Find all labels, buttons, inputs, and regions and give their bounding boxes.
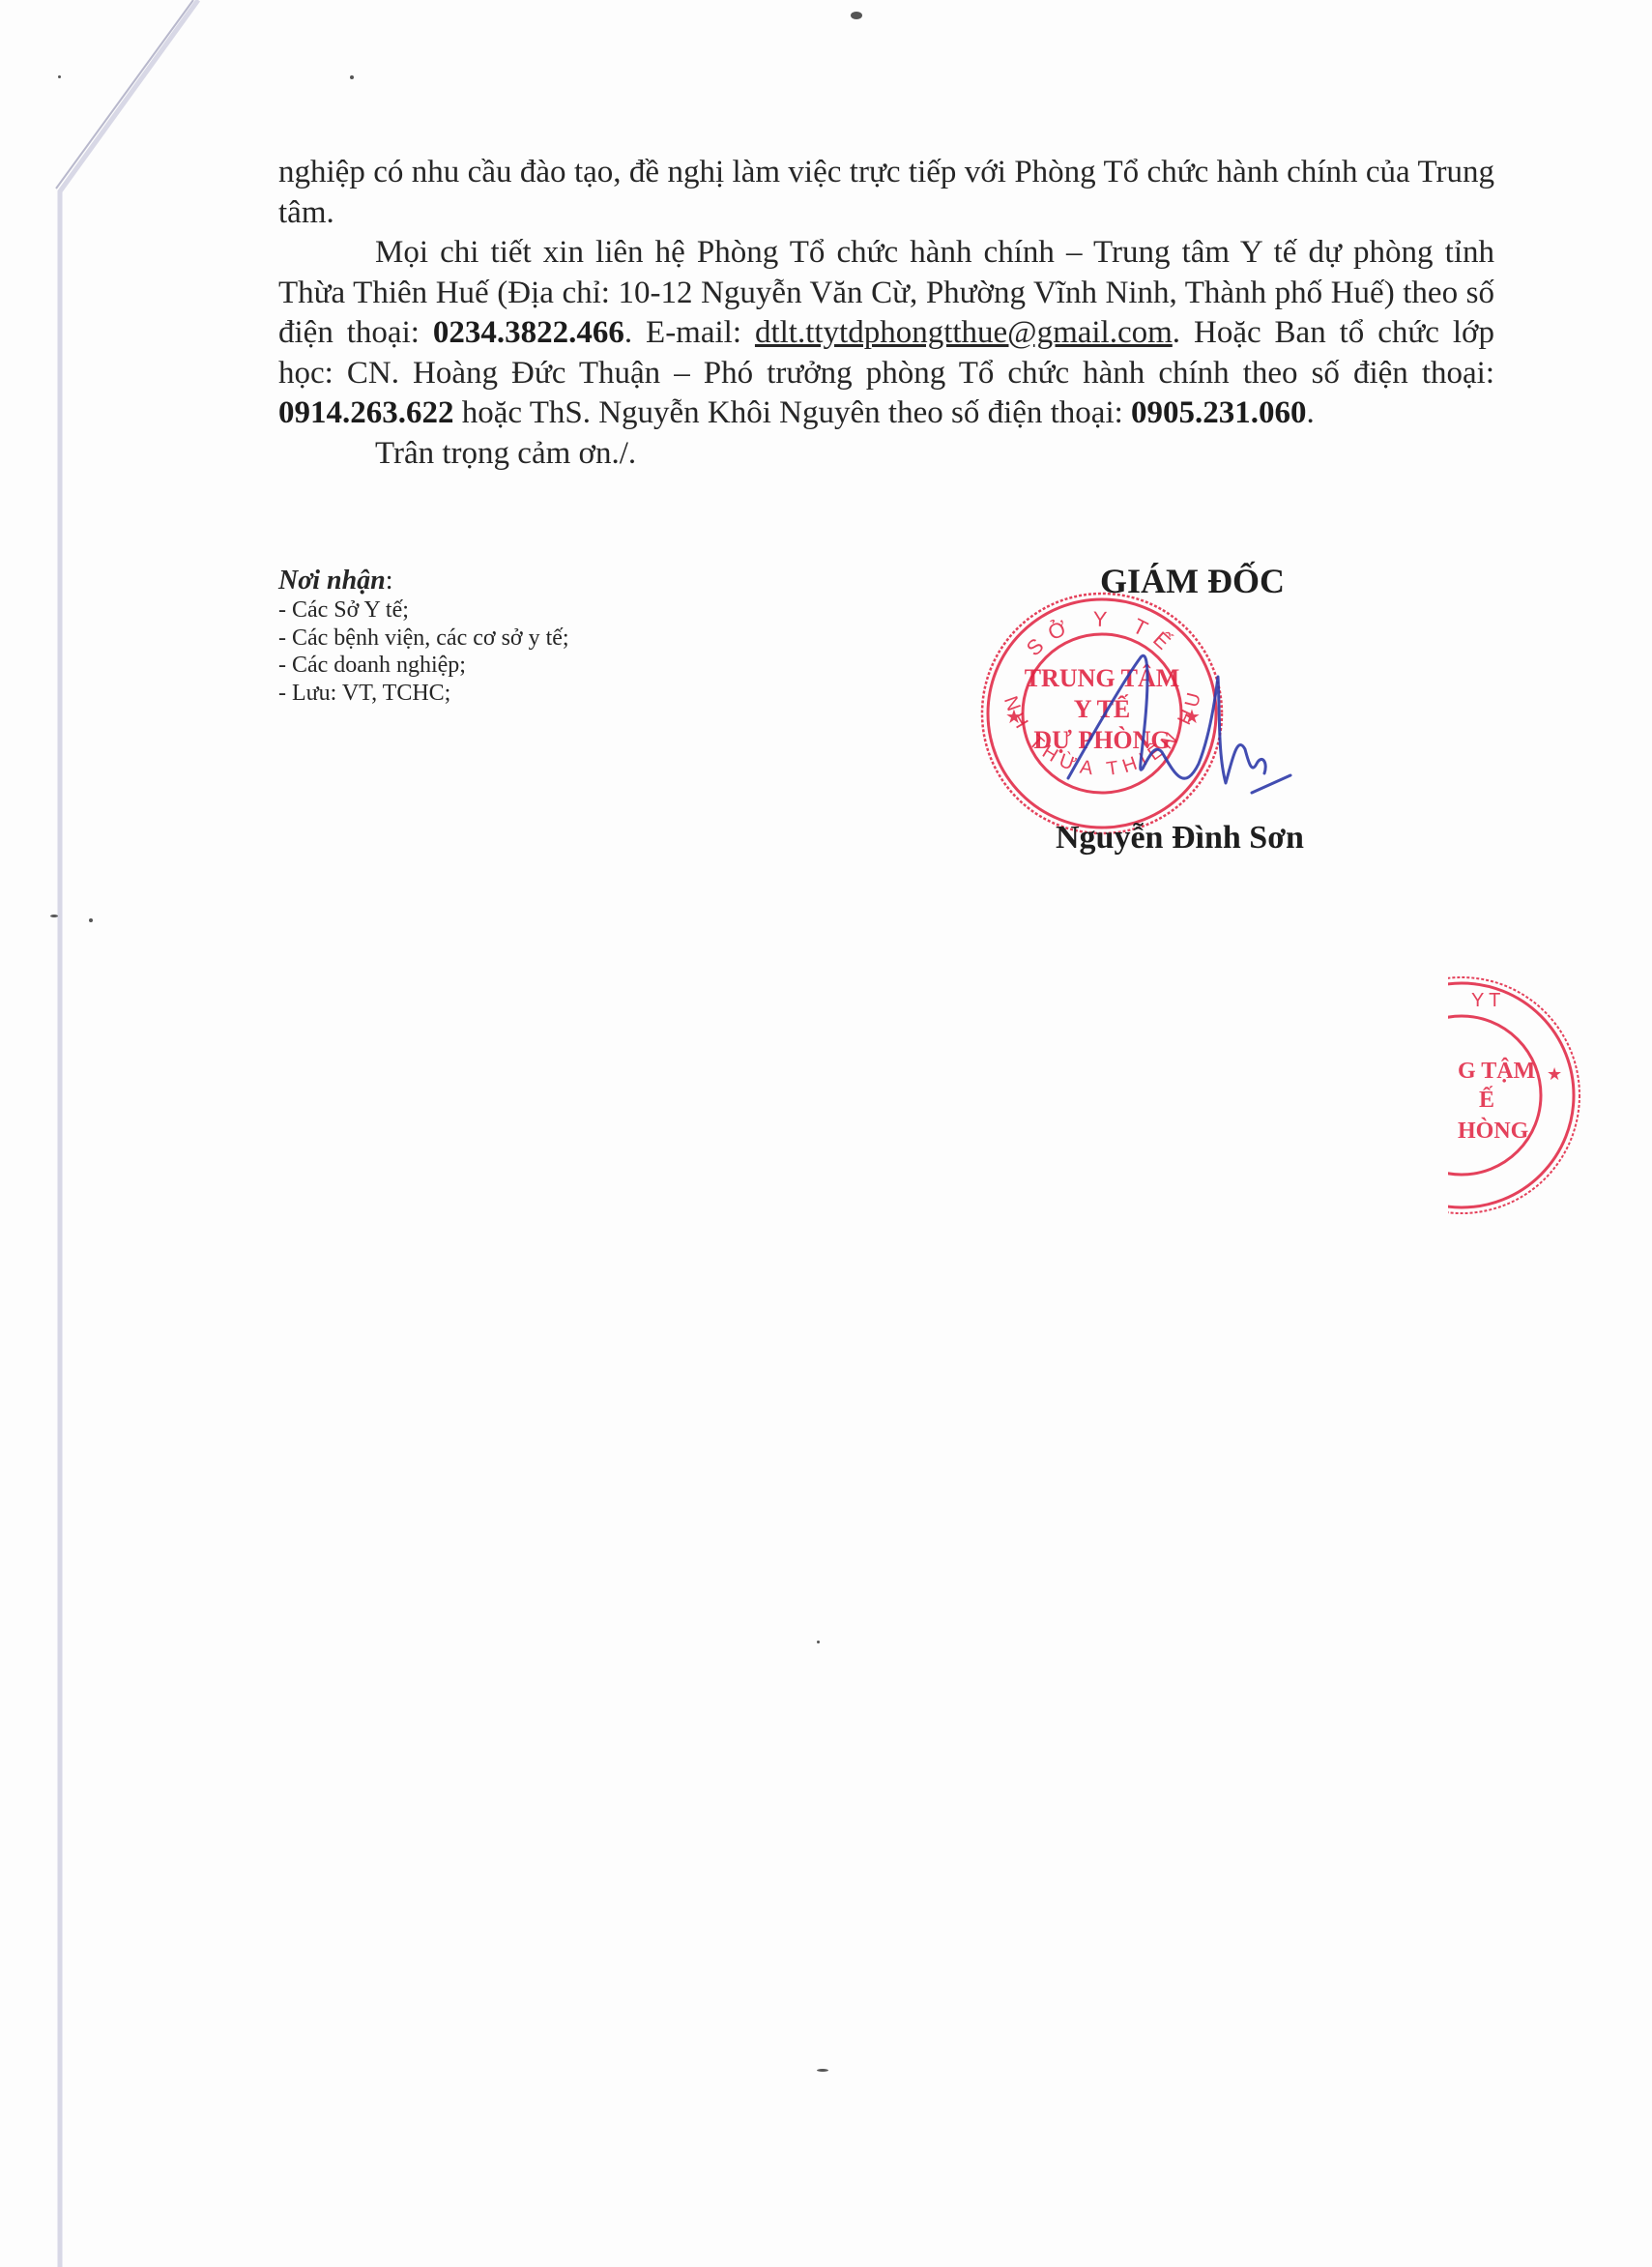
recipient-item: - Lưu: VT, TCHC; <box>278 680 569 708</box>
scan-speck <box>350 75 354 79</box>
paragraph-training-contact: nghiệp có nhu cầu đào tạo, đề nghị làm v… <box>278 153 1494 233</box>
scan-speck <box>58 75 61 78</box>
paragraph-contact-details: Mọi chi tiết xin liên hệ Phòng Tổ chức h… <box>278 233 1494 434</box>
star-icon: ★ <box>1183 707 1201 728</box>
svg-text:Ế: Ế <box>1479 1087 1494 1113</box>
svg-text:TRUNG TÂM: TRUNG TÂM <box>1025 664 1180 692</box>
closing-line: Trân trọng cảm ơn./. <box>278 434 1494 475</box>
scan-speck <box>817 1641 820 1643</box>
svg-text:SỞ Y TẾ: SỞ Y TẾ <box>1022 607 1182 661</box>
svg-text:HÒNG: HÒNG <box>1458 1118 1529 1144</box>
recipients-title: Nơi nhận: <box>278 565 569 596</box>
scan-speck <box>89 918 93 922</box>
svg-text:★: ★ <box>1547 1064 1562 1084</box>
recipient-item: - Các Sở Y tế; <box>278 596 569 625</box>
scan-speck <box>851 12 862 19</box>
phone-nguyen: 0905.231.060 <box>1131 395 1307 430</box>
scan-speck <box>817 2069 828 2072</box>
svg-text:Y TẾ: Y TẾ <box>1074 695 1131 723</box>
star-icon: ★ <box>1005 707 1023 728</box>
email-link[interactable]: dtlt.ttytdphongtthue@gmail.com <box>755 315 1173 350</box>
phone-thuan: 0914.263.622 <box>278 395 454 430</box>
svg-text:DỰ PHÒNG: DỰ PHÒNG <box>1033 726 1170 754</box>
recipient-item: - Các doanh nghiệp; <box>278 652 569 680</box>
svg-text:G TẬM: G TẬM <box>1458 1059 1535 1084</box>
svg-text:TỈNH THỪA THIÊN HUẾ: TỈNH THỪA THIÊN HUẾ <box>976 588 1206 780</box>
scan-speck <box>50 915 58 917</box>
letter-body: nghiệp có nhu cầu đào tạo, đề nghị làm v… <box>278 153 1494 474</box>
recipients-block: Nơi nhận: - Các Sở Y tế; - Các bệnh viện… <box>278 565 569 707</box>
signer-name: Nguyễn Đình Sơn <box>1056 820 1304 857</box>
svg-text:Y T: Y T <box>1471 990 1500 1011</box>
phone-main: 0234.3822.466 <box>433 315 624 350</box>
page-seal-stamp: G TẬM Ế HÒNG ★ Y T <box>1411 972 1652 1223</box>
official-stamp: SỞ Y TẾ TỈNH THỪA THIÊN HUẾ ★ ★ TRUNG TÂ… <box>976 588 1228 839</box>
recipient-item: - Các bệnh viện, các cơ sở y tế; <box>278 625 569 653</box>
signer-title: GIÁM ĐỐC <box>1100 561 1285 601</box>
handwritten-signature <box>1054 638 1344 831</box>
